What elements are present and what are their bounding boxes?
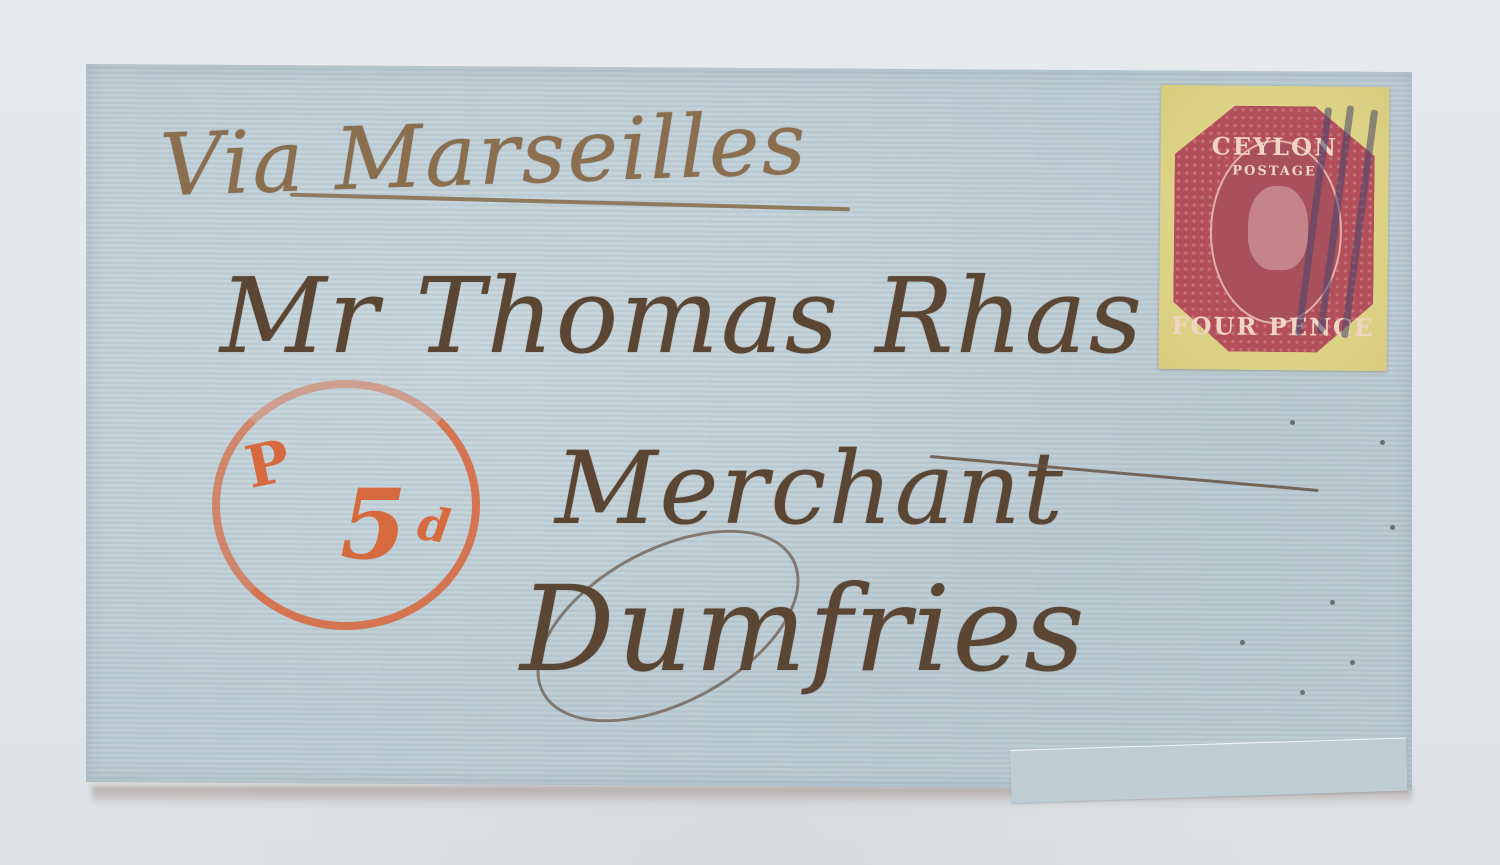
addressee-town: Dumfries (520, 560, 1087, 698)
stamp-value: FOUR PENCE (1159, 311, 1387, 342)
addressee-name: Mr Thomas Rhas (220, 255, 1144, 377)
stamp-country: CEYLON (1161, 131, 1389, 162)
addressee-occupation: Merchant (555, 430, 1065, 547)
stamp-label: POSTAGE (1161, 163, 1389, 180)
postage-stamp: CEYLON POSTAGE FOUR PENCE (1159, 85, 1390, 371)
queen-portrait-icon (1248, 186, 1309, 271)
postmark-number: 5 (340, 468, 407, 581)
photo-scene: Via Marseilles P 5 d Mr Thomas Rhas Merc… (0, 0, 1500, 865)
